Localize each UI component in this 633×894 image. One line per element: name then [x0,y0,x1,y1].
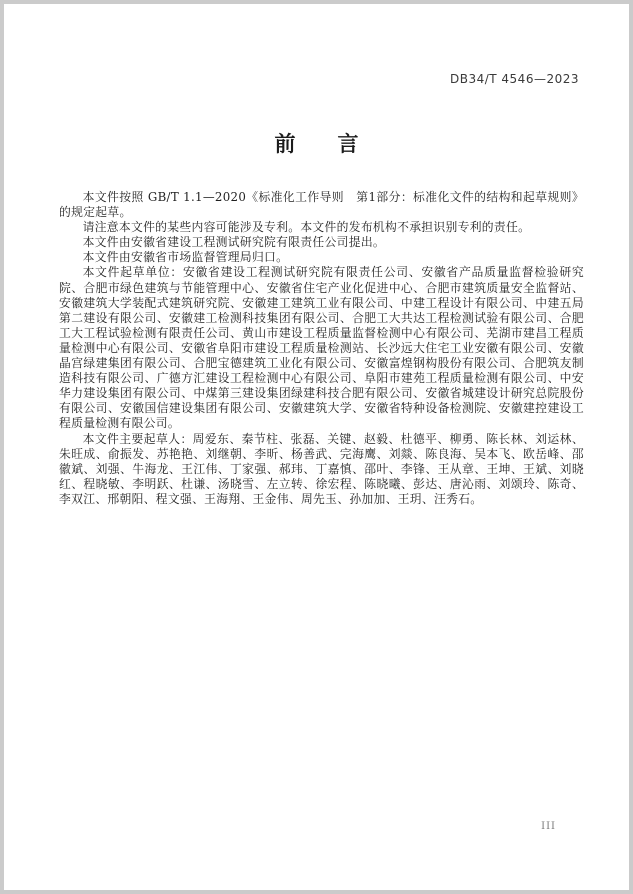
paragraph-main-drafters: 本文件主要起草人：周爱东、秦节柱、张磊、关键、赵毅、杜德平、柳勇、陈长林、刘运林… [59,432,584,507]
paragraph-proposed-by: 本文件由安徽省建设工程测试研究院有限责任公司提出。 [59,235,584,250]
document-number: DB34/T 4546—2023 [450,72,579,86]
paragraph-patent-notice: 请注意本文件的某些内容可能涉及专利。本文件的发布机构不承担识别专利的责任。 [59,220,584,235]
paragraph-centralized-by: 本文件由安徽省市场监督管理局归口。 [59,250,584,265]
document-page: DB34/T 4546—2023 前 言 本文件按照 GB/T 1.1—2020… [0,0,633,894]
page-title: 前 言 [4,128,629,158]
page-number: III [541,821,556,832]
foreword-body: 本文件按照 GB/T 1.1—2020《标准化工作导则 第1部分：标准化文件的结… [59,190,584,507]
paragraph-drafting-basis: 本文件按照 GB/T 1.1—2020《标准化工作导则 第1部分：标准化文件的结… [59,190,584,220]
paragraph-drafting-organizations: 本文件起草单位：安徽省建设工程测试研究院有限责任公司、安徽省产品质量监督检验研究… [59,265,584,431]
